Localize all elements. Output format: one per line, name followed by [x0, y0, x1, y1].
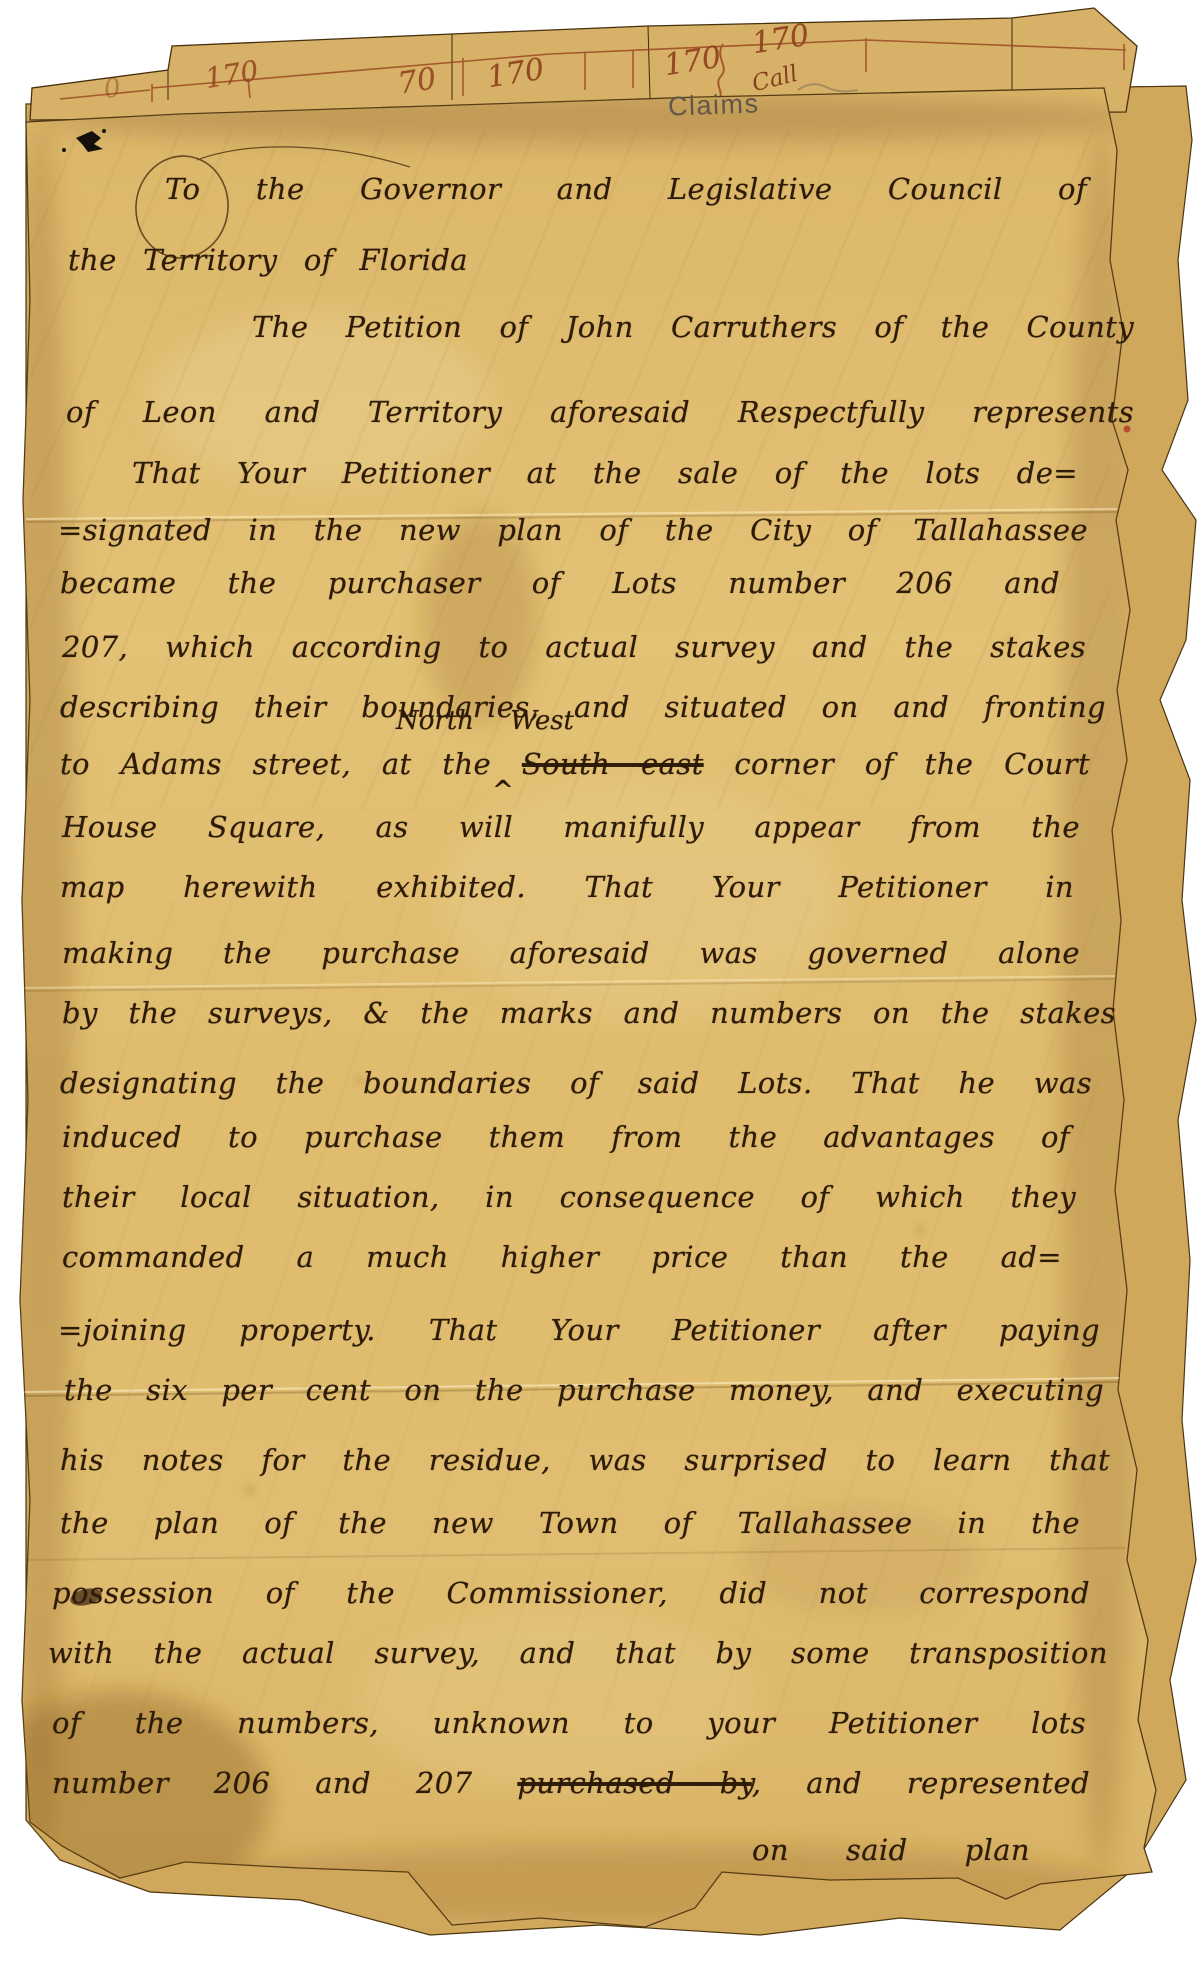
- manuscript-text: House Square, as will manifully appear f…: [62, 810, 1080, 844]
- manuscript-line: with the actual survey, and that by some…: [48, 1636, 1108, 1671]
- manuscript-text: corner of the Court: [704, 747, 1090, 781]
- manuscript-line: designating the boundaries of said Lots.…: [60, 1066, 1092, 1101]
- manuscript-text: possession of the Commissioner, did not …: [52, 1576, 1090, 1610]
- manuscript-line: That Your Petitioner at the sale of the …: [132, 456, 1078, 491]
- manuscript-text: =signated in the new plan of the City of…: [58, 513, 1088, 547]
- manuscript-line: describing their boundaries, and situate…: [60, 690, 1106, 725]
- manuscript-line: the six per cent on the purchase money, …: [64, 1373, 1104, 1408]
- manuscript-line: possession of the Commissioner, did not …: [52, 1576, 1090, 1611]
- pencil-claims-annotation: Claims: [667, 88, 760, 122]
- manuscript-text: , and represented: [752, 1766, 1090, 1800]
- manuscript-line: =joining property. That Your Petitioner …: [58, 1313, 1100, 1348]
- docket-number: 70: [395, 61, 438, 102]
- manuscript-text: describing their boundaries, and situate…: [60, 690, 1106, 724]
- manuscript-line: the Territory of Florida: [68, 243, 468, 278]
- manuscript-text: their local situation, in consequence of…: [62, 1180, 1076, 1214]
- struck-text: South east: [522, 747, 704, 781]
- manuscript-line: induced to purchase them from the advant…: [62, 1120, 1070, 1155]
- manuscript-line: to Adams street, at the South east corne…: [60, 747, 1090, 782]
- manuscript-line: of the numbers, unknown to your Petition…: [52, 1706, 1086, 1741]
- manuscript-text: to Adams street, at the: [60, 747, 522, 781]
- manuscript-line: House Square, as will manifully appear f…: [62, 810, 1080, 845]
- manuscript-text: induced to purchase them from the advant…: [62, 1120, 1070, 1154]
- caret-mark: ^: [492, 776, 514, 806]
- manuscript-text: map herewith exhibited. That Your Petiti…: [60, 870, 1074, 904]
- docket-number: 0: [102, 73, 123, 105]
- manuscript-line: The Petition of John Carruthers of the C…: [252, 310, 1134, 345]
- manuscript-line: by the surveys, & the marks and numbers …: [62, 996, 1116, 1031]
- manuscript-scan: 017070170170170 Call Claims To the Gover…: [0, 0, 1200, 1963]
- manuscript-text: =joining property. That Your Petitioner …: [58, 1313, 1100, 1347]
- manuscript-text: the Territory of Florida: [68, 243, 468, 277]
- manuscript-line: To the Governor and Legislative Council …: [165, 172, 1087, 207]
- struck-text: purchased by: [517, 1766, 751, 1800]
- manuscript-text: the six per cent on the purchase money, …: [64, 1373, 1104, 1407]
- manuscript-text: the plan of the new Town of Tallahassee …: [60, 1506, 1080, 1540]
- manuscript-line: number 206 and 207 purchased by, and rep…: [52, 1766, 1090, 1801]
- manuscript-line: the plan of the new Town of Tallahassee …: [60, 1506, 1080, 1541]
- manuscript-text: number 206 and 207: [52, 1766, 517, 1800]
- manuscript-line: =signated in the new plan of the City of…: [58, 513, 1088, 548]
- manuscript-line: commanded a much higher price than the a…: [62, 1240, 1062, 1275]
- manuscript-text: 207, which according to actual survey an…: [62, 630, 1086, 664]
- manuscript-text: became the purchaser of Lots number 206 …: [60, 566, 1060, 600]
- manuscript-text: The Petition of John Carruthers of the C…: [252, 310, 1134, 344]
- manuscript-line: map herewith exhibited. That Your Petiti…: [60, 870, 1074, 905]
- manuscript-line: of Leon and Territory aforesaid Respectf…: [66, 395, 1134, 430]
- manuscript-line: became the purchaser of Lots number 206 …: [60, 566, 1060, 601]
- manuscript-line: his notes for the residue, was surprised…: [60, 1443, 1110, 1478]
- interlinear-insertion: North West: [396, 706, 574, 736]
- manuscript-text: making the purchase aforesaid was govern…: [62, 936, 1080, 970]
- manuscript-line: 207, which according to actual survey an…: [62, 630, 1086, 665]
- manuscript-text: of the numbers, unknown to your Petition…: [52, 1706, 1086, 1740]
- manuscript-text: with the actual survey, and that by some…: [48, 1636, 1108, 1670]
- manuscript-text: on said plan: [752, 1833, 1030, 1867]
- manuscript-text: That Your Petitioner at the sale of the …: [132, 456, 1078, 490]
- manuscript-text: designating the boundaries of said Lots.…: [60, 1066, 1092, 1100]
- manuscript-text: his notes for the residue, was surprised…: [60, 1443, 1110, 1477]
- manuscript-text: by the surveys, & the marks and numbers …: [62, 996, 1116, 1030]
- manuscript-text: commanded a much higher price than the a…: [62, 1240, 1062, 1274]
- manuscript-line: making the purchase aforesaid was govern…: [62, 936, 1080, 971]
- manuscript-text: To the Governor and Legislative Council …: [165, 172, 1087, 206]
- manuscript-line: their local situation, in consequence of…: [62, 1180, 1076, 1215]
- manuscript-line: on said plan: [752, 1833, 1030, 1868]
- manuscript-text: of Leon and Territory aforesaid Respectf…: [66, 395, 1134, 429]
